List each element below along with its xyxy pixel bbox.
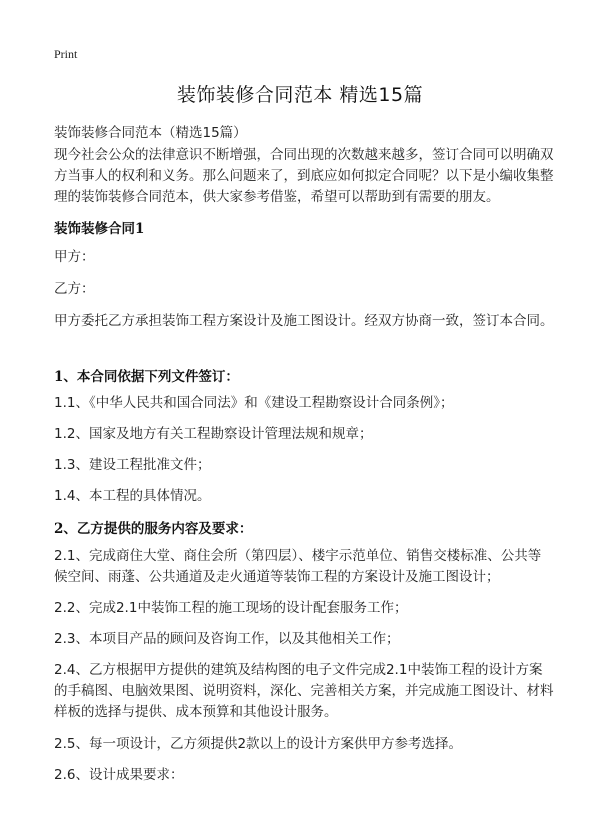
section-2-item: 2.2、完成2.1中装饰工程的施工现场的设计配套服务工作； bbox=[54, 598, 554, 619]
section-1-item: 1.2、国家及地方有关工程勘察设计管理法规和规章； bbox=[54, 424, 554, 445]
section-1-item: 1.4、本工程的具体情况。 bbox=[54, 486, 554, 507]
party-b-line: 乙方： bbox=[54, 279, 554, 300]
contract-heading: 装饰装修合同1 bbox=[54, 217, 144, 237]
document-subtitle: 装饰装修合同范本（精选15篇） bbox=[54, 121, 247, 141]
section-2-item: 2.4、乙方根据甲方提供的建筑及结构图的电子文件完成2.1中装饰工程的设计方案的… bbox=[54, 660, 554, 723]
intro-paragraph: 现今社会公众的法律意识不断增强，合同出现的次数越来越多，签订合同可以明确双方当事… bbox=[54, 145, 554, 208]
section-2-heading: 2、乙方提供的服务内容及要求： bbox=[54, 517, 252, 537]
party-a-line: 甲方： bbox=[54, 247, 554, 268]
section-2-item: 2.3、本项目产品的顾问及咨询工作，以及其他相关工作； bbox=[54, 629, 554, 650]
section-2-item: 2.1、完成商住大堂、商住会所（第四层）、楼宇示范单位、销售交楼标准、公共等候空… bbox=[54, 546, 554, 588]
section-1-item: 1.1、《中华人民共和国合同法》和《建设工程勘察设计合同条例》； bbox=[54, 393, 554, 414]
entrust-paragraph: 甲方委托乙方承担装饰工程方案设计及施工图设计。经双方协商一致，签订本合同。 bbox=[54, 311, 554, 332]
print-label: Print bbox=[54, 47, 77, 62]
section-1-item: 1.3、建设工程批准文件； bbox=[54, 455, 554, 476]
section-1-heading: 1、本合同依据下列文件签订： bbox=[54, 365, 239, 385]
document-title: 装饰装修合同范本 精选15篇 bbox=[0, 80, 600, 107]
section-2-item: 2.6、设计成果要求： bbox=[54, 765, 554, 786]
section-2-item: 2.5、每一项设计，乙方须提供2款以上的设计方案供甲方参考选择。 bbox=[54, 734, 554, 755]
